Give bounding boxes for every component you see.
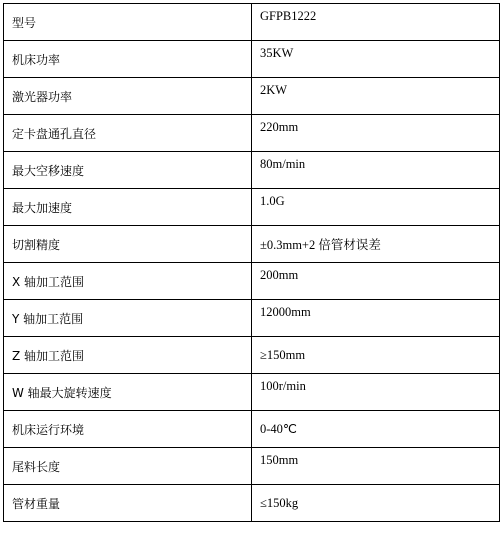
- spec-label: 管材重量: [4, 485, 252, 522]
- spec-table-body: 型号GFPB1222机床功率35KW激光器功率2KW定卡盘通孔直径220mm最大…: [4, 4, 500, 522]
- table-row: 机床功率35KW: [4, 41, 500, 78]
- table-row: 激光器功率2KW: [4, 78, 500, 115]
- spec-value: 150mm: [252, 448, 500, 485]
- spec-label: 最大空移速度: [4, 152, 252, 189]
- spec-label: W 轴最大旋转速度: [4, 374, 252, 411]
- spec-label: 机床功率: [4, 41, 252, 78]
- table-row: 最大加速度1.0G: [4, 189, 500, 226]
- table-row: 切割精度±0.3mm+2 倍管材误差: [4, 226, 500, 263]
- spec-value: 1.0G: [252, 189, 500, 226]
- spec-label: Z 轴加工范围: [4, 337, 252, 374]
- spec-value: 100r/min: [252, 374, 500, 411]
- spec-label: Y 轴加工范围: [4, 300, 252, 337]
- table-row: W 轴最大旋转速度100r/min: [4, 374, 500, 411]
- table-row: Z 轴加工范围≥150mm: [4, 337, 500, 374]
- table-row: 型号GFPB1222: [4, 4, 500, 41]
- table-row: 最大空移速度80m/min: [4, 152, 500, 189]
- table-row: 定卡盘通孔直径220mm: [4, 115, 500, 152]
- spec-label: 尾料长度: [4, 448, 252, 485]
- spec-label: 机床运行环境: [4, 411, 252, 448]
- spec-value: ±0.3mm+2 倍管材误差: [252, 226, 500, 263]
- spec-table: 型号GFPB1222机床功率35KW激光器功率2KW定卡盘通孔直径220mm最大…: [3, 3, 500, 522]
- table-row: 尾料长度150mm: [4, 448, 500, 485]
- spec-value: ≥150mm: [252, 337, 500, 374]
- table-row: Y 轴加工范围12000mm: [4, 300, 500, 337]
- spec-label: 最大加速度: [4, 189, 252, 226]
- spec-value: 12000mm: [252, 300, 500, 337]
- spec-value: ≤150kg: [252, 485, 500, 522]
- table-row: 机床运行环境0-40℃: [4, 411, 500, 448]
- spec-value: GFPB1222: [252, 4, 500, 41]
- spec-label: 切割精度: [4, 226, 252, 263]
- spec-value: 80m/min: [252, 152, 500, 189]
- spec-label: 型号: [4, 4, 252, 41]
- spec-label: 定卡盘通孔直径: [4, 115, 252, 152]
- spec-value: 0-40℃: [252, 411, 500, 448]
- table-row: 管材重量≤150kg: [4, 485, 500, 522]
- table-row: X 轴加工范围200mm: [4, 263, 500, 300]
- spec-value: 220mm: [252, 115, 500, 152]
- spec-value: 200mm: [252, 263, 500, 300]
- spec-label: X 轴加工范围: [4, 263, 252, 300]
- spec-value: 2KW: [252, 78, 500, 115]
- spec-value: 35KW: [252, 41, 500, 78]
- spec-label: 激光器功率: [4, 78, 252, 115]
